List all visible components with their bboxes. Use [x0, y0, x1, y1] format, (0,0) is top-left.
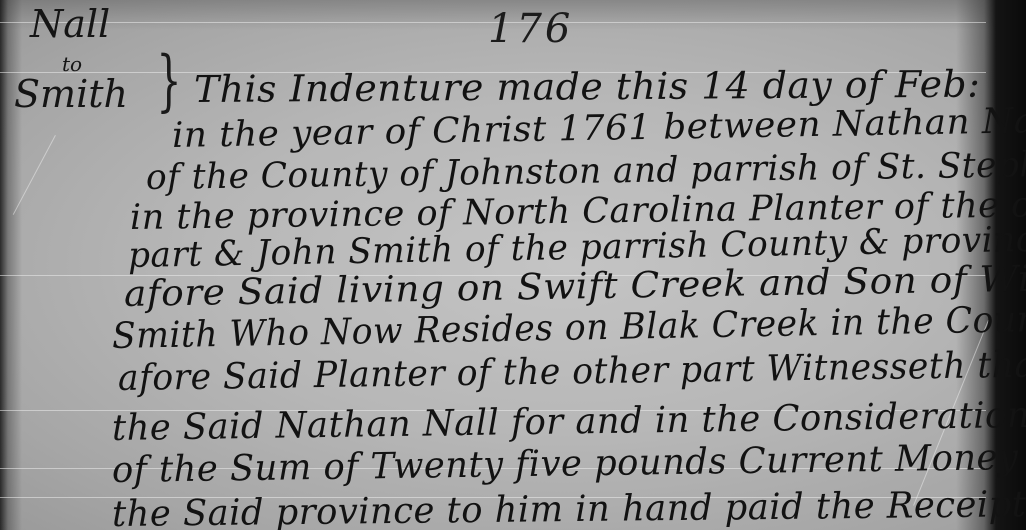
margin-note-grantee: Smith: [14, 72, 128, 116]
scan-scratch: [13, 135, 56, 215]
margin-note-grantor: Nall: [30, 2, 110, 46]
document-line-11: the Said province to him in hand paid th…: [112, 484, 1026, 530]
scanned-document-page: Nall to Smith } 176 This Indenture made …: [0, 0, 1026, 530]
margin-brace-icon: }: [156, 42, 181, 119]
page-number: 176: [488, 6, 573, 52]
